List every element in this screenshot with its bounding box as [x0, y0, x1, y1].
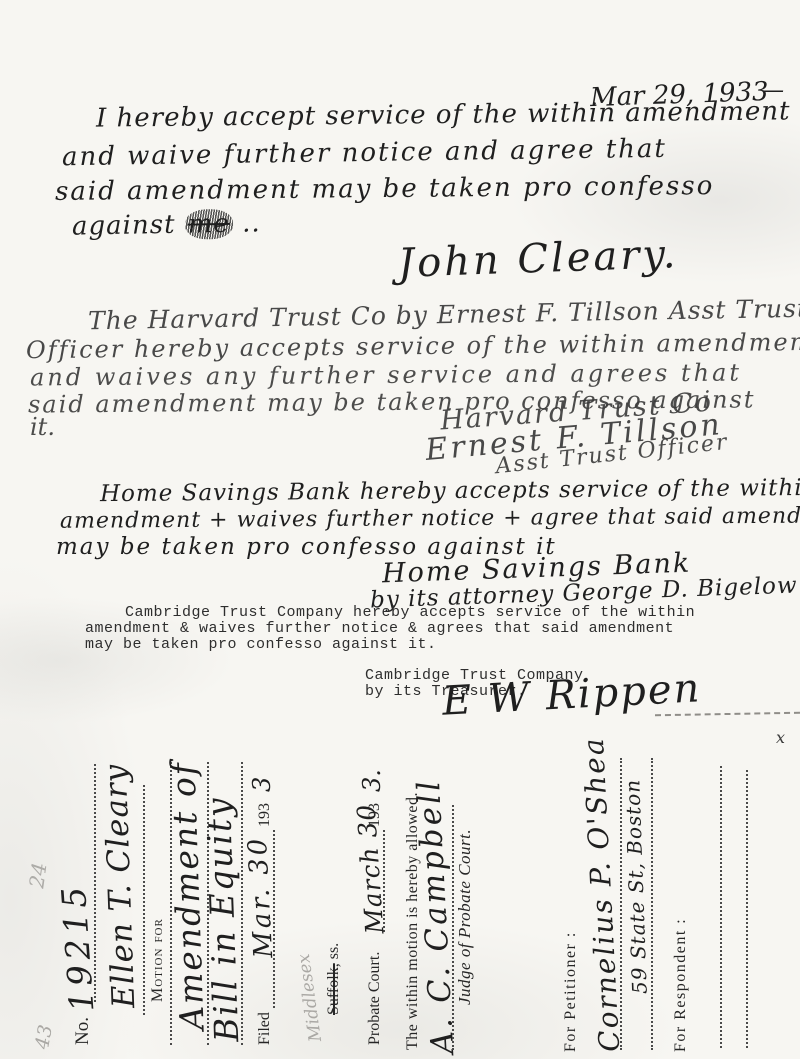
hw-line: amendment + waives further notice + agre… — [60, 503, 800, 534]
hw-word: .. — [242, 208, 261, 238]
respondent-label: For Respondent : — [672, 918, 690, 1052]
pencil-corner-mark: 43 — [31, 1023, 57, 1051]
hw-line: said amendment may be taken pro confesso — [55, 171, 715, 207]
hw-line: it. — [30, 413, 55, 441]
party-name: Ellen T. Cleary — [98, 763, 143, 1008]
petitioner-address: 59 State St, Boston — [620, 779, 651, 995]
scribbled-out-word: me — [185, 209, 234, 240]
respondent-rule-2 — [746, 770, 748, 1048]
typed-line: amendment & waives further notice & agre… — [85, 620, 674, 637]
john-cleary-signature: John Cleary. — [397, 231, 679, 287]
typed-line: Cambridge Trust Company hereby accepts s… — [125, 604, 695, 621]
judge-signature-rule — [452, 805, 454, 1050]
county-handwritten: Middlesex — [294, 953, 326, 1043]
pencil-stamp: 24 — [24, 861, 51, 890]
motion-line-2: Bill in Equity — [199, 796, 247, 1043]
filed-label: Filed — [256, 1012, 274, 1045]
hw-line: and waive further notice and agree that — [62, 134, 667, 172]
court-year-printed: 193 — [366, 803, 384, 827]
judge-title: Judge of Probate Court. — [455, 829, 475, 1005]
scanned-document-page: Mar 29, 1933 — I hereby accept service o… — [0, 0, 800, 1059]
hw-line: Home Savings Bank hereby accepts service… — [100, 475, 800, 507]
filed-year-printed: 193 — [256, 803, 274, 827]
county-printed: Suffolk, ss. — [325, 943, 343, 1015]
party-name-rule — [143, 785, 145, 1015]
petitioner-address-rule — [651, 758, 653, 1050]
petitioner-label: For Petitioner : — [562, 931, 580, 1052]
county-struck: Suffolk, — [325, 963, 342, 1015]
hw-line: I hereby accept service of the within am… — [96, 96, 791, 133]
motion-for-label: Motion for — [149, 918, 167, 1002]
respondent-rule-1 — [720, 766, 722, 1048]
hw-word: against — [72, 210, 176, 242]
motion-rule-3 — [241, 762, 243, 1045]
petitioner-name: Cornelius P. O'Shea — [577, 736, 626, 1053]
court-year-handwritten: 3. — [358, 769, 386, 792]
county-suffix: ss. — [325, 943, 342, 959]
typed-line: may be taken pro confesso against it. — [85, 636, 437, 653]
filed-date-handwritten: Mar. 30 — [243, 835, 279, 959]
filed-year-handwritten: 3 — [248, 777, 276, 792]
probate-court-label: Probate Court. — [366, 952, 384, 1045]
stray-x-mark: x — [776, 728, 785, 747]
hw-line: against me .. — [72, 208, 261, 241]
docket-number-label: No. — [72, 1017, 94, 1045]
docket-panel: 24 No. 19215 Ellen T. Cleary Motion for … — [0, 748, 800, 1059]
